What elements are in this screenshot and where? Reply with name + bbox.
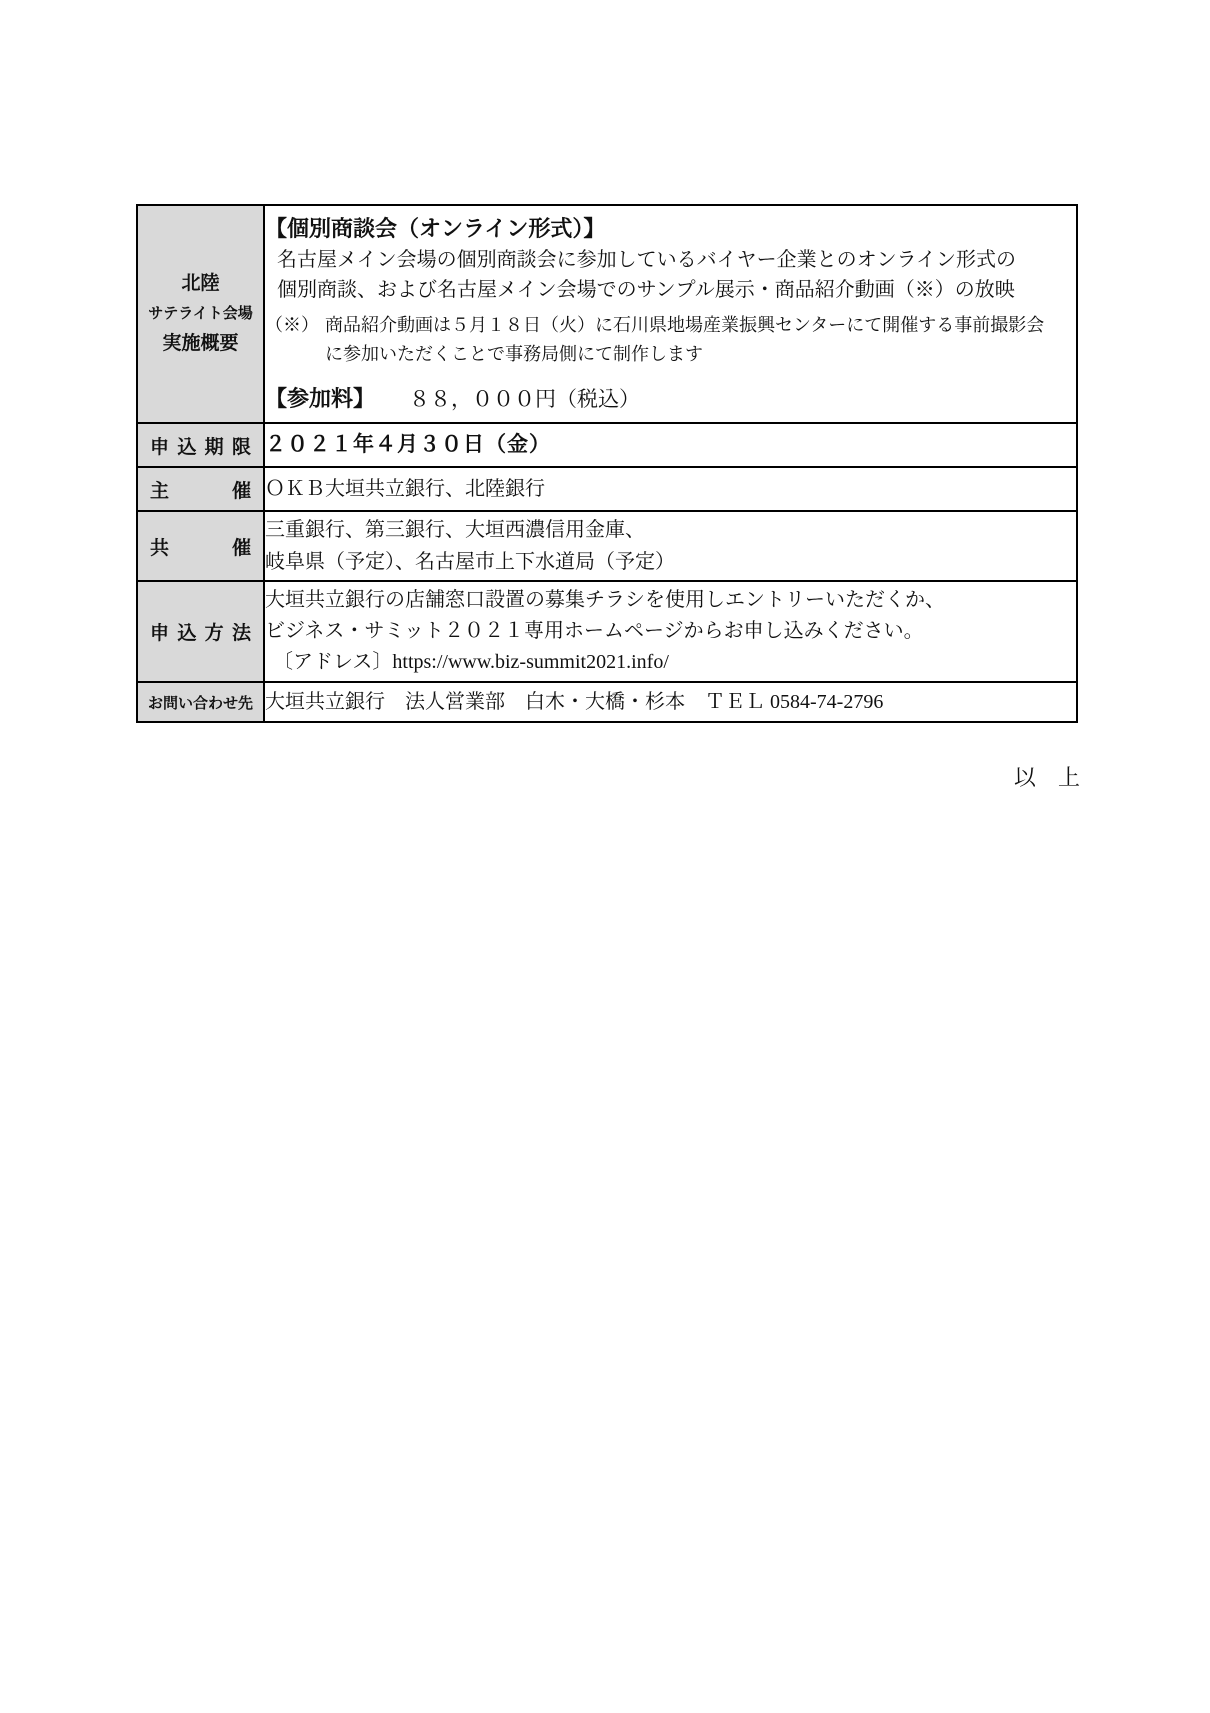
cohost-value-line2: 岐阜県（予定）、名古屋市上下水道局（予定） <box>265 546 1076 578</box>
overview-value-cell: 【個別商談会（オンライン形式）】 名古屋メイン会場の個別商談会に参加しているバイ… <box>264 205 1077 423</box>
row-method: 申込方法 大垣共立銀行の店舗窓口設置の募集チラシを使用しエントリーいただくか、 … <box>137 581 1077 682</box>
method-value-cell: 大垣共立銀行の店舗窓口設置の募集チラシを使用しエントリーいただくか、 ビジネス・… <box>264 581 1077 682</box>
contact-label-cell: お問い合わせ先 <box>137 682 264 722</box>
note-marker: （※） <box>265 311 325 340</box>
cohost-value-cell: 三重銀行、第三銀行、大垣西濃信用金庫、 岐阜県（予定）、名古屋市上下水道局（予定… <box>264 511 1077 581</box>
host-label-cell: 主催 <box>137 467 264 511</box>
overview-body: 名古屋メイン会場の個別商談会に参加しているバイヤー企業とのオンライン形式の 個別… <box>265 245 1076 305</box>
contact-label: お問い合わせ先 <box>138 692 263 713</box>
deadline-value-cell: ２０２１年４月３０日（金） <box>264 423 1077 467</box>
overview-title: 【個別商談会（オンライン形式）】 <box>265 213 1076 245</box>
deadline-label: 申込期限 <box>138 432 263 459</box>
method-value-line1: 大垣共立銀行の店舗窓口設置の募集チラシを使用しエントリーいただくか、 <box>265 585 1076 616</box>
note-line2: に参加いただくことで事務局側にて制作します <box>325 340 1076 369</box>
fee-value: ８８，０００円（税込） <box>409 387 640 411</box>
deadline-label-cell: 申込期限 <box>137 423 264 467</box>
overview-body-line1: 名古屋メイン会場の個別商談会に参加しているバイヤー企業とのオンライン形式の <box>277 245 1076 275</box>
note-line1: 商品紹介動画は５月１８日（火）に石川県地場産業振興センターにて開催する事前撮影会 <box>325 311 1044 340</box>
contact-value: 大垣共立銀行 法人営業部 白木・大橋・杉本 ＴＥＬ 0584‐74‐2796 <box>265 691 883 713</box>
method-label: 申込方法 <box>138 618 263 645</box>
cohost-label: 共催 <box>138 533 263 560</box>
cohost-label-cell: 共催 <box>137 511 264 581</box>
document-page: 北陸 サテライト会場 実施概要 【個別商談会（オンライン形式）】 名古屋メイン会… <box>0 0 1210 1713</box>
overview-note: （※） 商品紹介動画は５月１８日（火）に石川県地場産業振興センターにて開催する事… <box>265 311 1076 369</box>
overview-label-cell: 北陸 サテライト会場 実施概要 <box>137 205 264 423</box>
row-contact: お問い合わせ先 大垣共立銀行 法人営業部 白木・大橋・杉本 ＴＥＬ 0584‐7… <box>137 682 1077 722</box>
row-cohost: 共催 三重銀行、第三銀行、大垣西濃信用金庫、 岐阜県（予定）、名古屋市上下水道局… <box>137 511 1077 581</box>
overview-fee: 【参加料】８８，０００円（税込） <box>265 383 1076 416</box>
row-host: 主催 ＯＫＢ大垣共立銀行、北陸銀行 <box>137 467 1077 511</box>
method-value-line2: ビジネス・サミット２０２１専用ホームページからお申し込みください。 <box>265 616 1076 647</box>
fee-label: 【参加料】 <box>265 386 375 411</box>
deadline-value: ２０２１年４月３０日（金） <box>265 433 551 456</box>
host-value: ＯＫＢ大垣共立銀行、北陸銀行 <box>265 478 545 500</box>
host-value-cell: ＯＫＢ大垣共立銀行、北陸銀行 <box>264 467 1077 511</box>
row-overview: 北陸 サテライト会場 実施概要 【個別商談会（オンライン形式）】 名古屋メイン会… <box>137 205 1077 423</box>
host-label: 主催 <box>138 476 263 503</box>
method-value-line3: 〔アドレス〕https://www.biz-summit2021.info/ <box>265 647 1076 678</box>
row-deadline: 申込期限 ２０２１年４月３０日（金） <box>137 423 1077 467</box>
closing-text: 以 上 <box>1014 766 1080 790</box>
overview-label-line2: サテライト会場 <box>138 299 263 329</box>
cohost-value-line1: 三重銀行、第三銀行、大垣西濃信用金庫、 <box>265 514 1076 546</box>
overview-label-line3: 実施概要 <box>138 329 263 359</box>
method-label-cell: 申込方法 <box>137 581 264 682</box>
event-info-table: 北陸 サテライト会場 実施概要 【個別商談会（オンライン形式）】 名古屋メイン会… <box>136 204 1078 723</box>
contact-value-cell: 大垣共立銀行 法人営業部 白木・大橋・杉本 ＴＥＬ 0584‐74‐2796 <box>264 682 1077 722</box>
overview-body-line2: 個別商談、および名古屋メイン会場でのサンプル展示・商品紹介動画（※）の放映 <box>277 275 1076 305</box>
overview-label-line1: 北陸 <box>138 269 263 299</box>
